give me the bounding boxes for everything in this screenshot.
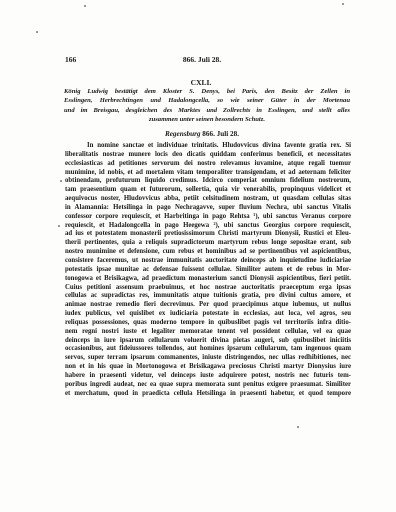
body-line: poribus ingredi audeat, nec ea quae supr…	[65, 381, 351, 390]
body-line: reliquas possessiones, quas moderno temp…	[65, 319, 351, 328]
regest-line: König Ludwig bestätigt dem Kloster S. De…	[64, 87, 350, 96]
scan-speck	[342, 3, 344, 5]
body-line: et merchatum, quod in praedicta cellula …	[65, 390, 351, 399]
body-line: potestatis ipsae munitae ac defensae fui…	[65, 266, 351, 275]
scan-speck	[36, 31, 38, 33]
body-line: aequivocus noster, Hludovvicus abba, pet…	[65, 195, 351, 204]
date-place: Regensburg	[165, 130, 201, 138]
body-line: obtinendam, profuturum liquido credimus.…	[65, 177, 351, 186]
regest-line: Esslingen, Herbrechtingen und Hadalongce…	[64, 96, 350, 105]
body-line: munimine, id nobis, et ad mortalem vitam…	[65, 169, 351, 178]
body-line: animae nostrae remedio fieri decrevimus.…	[65, 301, 351, 310]
date-text: 866. Juli 28.	[202, 130, 239, 138]
scan-speck	[84, 5, 86, 7]
body-line: iudex publicus, vel quislibet ex iudicia…	[65, 310, 351, 319]
body-line: therii pertinentes, quia a reliquis supr…	[65, 239, 351, 248]
body-line: ad ius et potestatem monasterii pretiosi…	[65, 230, 351, 239]
body-line: nem regni nostri iuste et legaliter memo…	[65, 328, 351, 337]
body-line: liberalitatis nostrae munere locis deo d…	[65, 151, 351, 160]
charter-number: CXLI.	[0, 78, 396, 87]
scan-speck	[297, 426, 299, 428]
body-line: requiescit, et Hadalongcella in pago Hee…	[65, 222, 351, 231]
regest-line: zusammen unter seinen besondern Schutz.	[64, 115, 350, 124]
body-line: cellulas ac supradictas res, immunitatis…	[65, 292, 351, 301]
body-line: deinceps in iure ipsarum cellularum volu…	[65, 337, 351, 346]
scan-speck	[60, 180, 62, 182]
charter-regest: König Ludwig bestätigt dem Kloster S. De…	[64, 87, 350, 125]
date-line: Regensburg 866. Juli 28.	[0, 130, 396, 138]
body-line: tonogowa et Brisikagwa, ad praedictum mo…	[65, 275, 351, 284]
regest-line: und im Breisgau, desgleichen des Marktes…	[64, 106, 350, 115]
body-line: tam praesentium quam et futurorum, solle…	[65, 186, 351, 195]
body-line: Cuius petitioni assensum praebuimus, et …	[65, 284, 351, 293]
body-line: nostro munimine et defensione, cum rebus…	[65, 248, 351, 257]
charter-body: In nomine sanctae et individuae trinitat…	[65, 142, 351, 398]
body-line: consistere faceremus, ut nostrae immunit…	[65, 257, 351, 266]
body-line: confessor corpore requiescit, et Harbrit…	[65, 213, 351, 222]
body-line: In nomine sanctae et individuae trinitat…	[65, 142, 351, 151]
body-line: occasionibus, aut fideiussores tollendos…	[65, 345, 351, 354]
body-line: in Alamannia: Hetsilinga in pago Nechrag…	[65, 204, 351, 213]
body-line: ecclesiasticas ad petitiones servorum de…	[65, 160, 351, 169]
running-head: 866. Juli 28.	[0, 55, 396, 64]
body-line: servos, super terram ipsarum commanentes…	[65, 354, 351, 363]
body-line: non et in his quae in Mortonogowa et Bri…	[65, 363, 351, 372]
body-line: habere in praesenti videtur, vel deincep…	[65, 372, 351, 381]
scan-speck	[58, 225, 60, 227]
